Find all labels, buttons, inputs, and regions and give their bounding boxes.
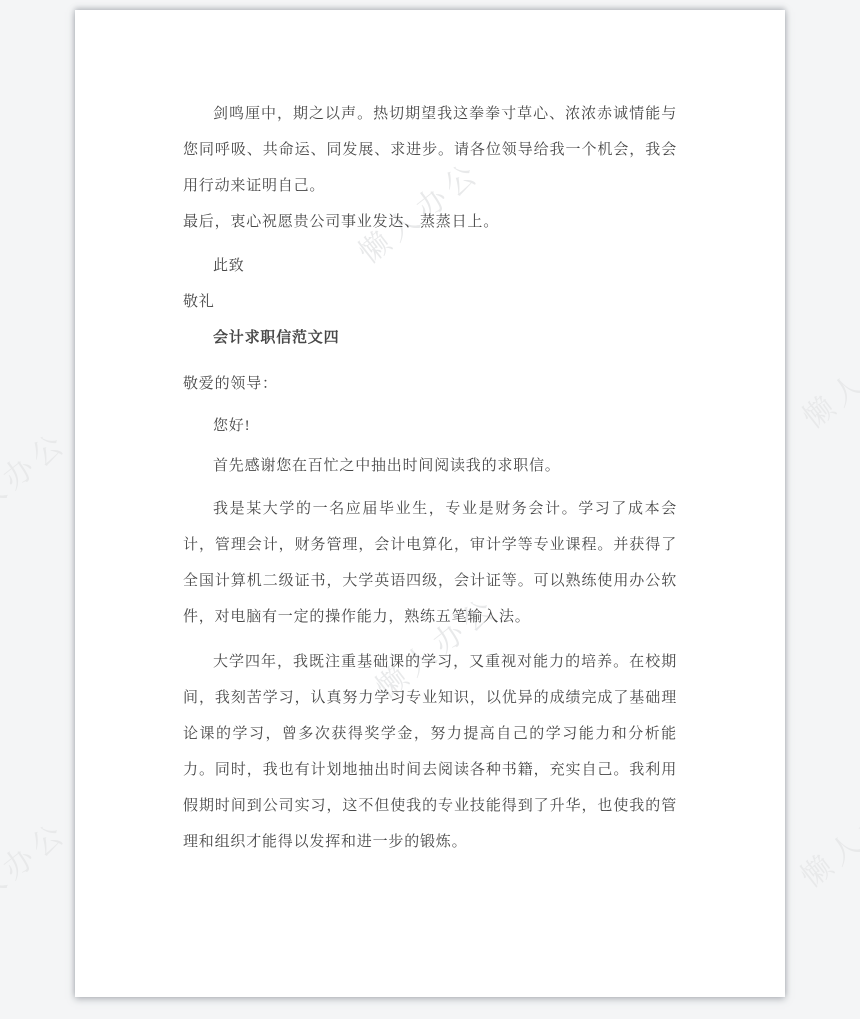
- paragraph: 您好!: [183, 408, 677, 444]
- section-title: 会计求职信范文四: [183, 320, 677, 356]
- watermark-text: 懒人办公: [0, 418, 75, 541]
- paragraph: 剑鸣厘中，期之以声。热切期望我这拳拳寸草心、浓浓赤诚情能与您同呼吸、共命运、同发…: [183, 96, 677, 204]
- paragraph: 此致: [183, 248, 677, 284]
- paragraph: 大学四年，我既注重基础课的学习，又重视对能力的培养。在校期间，我刻苦学习，认真努…: [183, 644, 677, 860]
- document-body: 剑鸣厘中，期之以声。热切期望我这拳拳寸草心、浓浓赤诚情能与您同呼吸、共命运、同发…: [183, 96, 677, 860]
- paragraph: 敬爱的领导：: [183, 366, 677, 402]
- paragraph: 我是某大学的一名应届毕业生，专业是财务会计。学习了成本会计，管理会计，财务管理，…: [183, 491, 677, 635]
- watermark-text: 懒人办公: [792, 313, 860, 436]
- paragraph: 敬礼: [183, 284, 677, 320]
- paragraph: 首先感谢您在百忙之中抽出时间阅读我的求职信。: [183, 448, 677, 484]
- watermark-text: 懒人办公: [790, 772, 860, 895]
- paragraph: 最后，衷心祝愿贵公司事业发达、蒸蒸日上。: [183, 204, 677, 240]
- watermark-text: 懒人办公: [0, 808, 75, 931]
